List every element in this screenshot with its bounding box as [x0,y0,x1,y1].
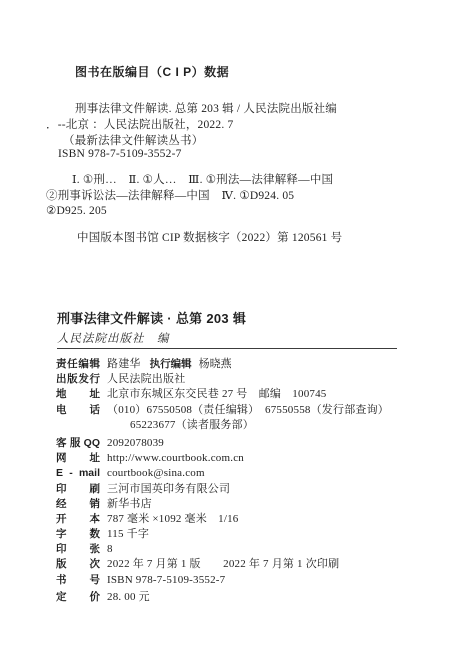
label-executive-editor: 执行编辑 [150,358,192,370]
row-word-count: 字数115 千字 [56,527,416,542]
row-address: 地址北京市东城区东交民巷 27 号 邮编 100745 [56,387,416,402]
divider-rule [57,348,397,349]
row-edition: 版次2022 年 7 月第 1 版 2022 年 7 月第 1 次印刷 [56,557,416,572]
responsible-editor-name: 路建华 [107,358,141,370]
cip-entry-line-2: ．--北京 ：人民法院出版社，2022. 7 [46,116,233,132]
label-edition: 版次 [56,557,100,572]
row-phone: 电话（010）67550508（责任编辑） 67550558（发行部查询） [56,403,416,418]
label-price: 定价 [56,590,100,605]
edition-value: 2022 年 7 月第 1 版 2022 年 7 月第 1 次印刷 [107,558,339,570]
distributor-value: 新华书店 [107,498,152,510]
phone-value-line-1: （010）67550508（责任编辑） 67550558（发行部查询） [107,404,389,416]
printed-sheets-value: 8 [107,543,113,555]
row-distributor: 经销新华书店 [56,497,416,512]
word-count-value: 115 千字 [107,528,149,540]
email-value: courtbook@sina.com [107,467,205,479]
label-isbn: 书号 [56,573,100,588]
label-website: 网址 [56,451,100,466]
label-printer: 印刷 [56,482,100,497]
cip-registration-number: 中国版本图书馆 CIP 数据核字（2022）第 120561 号 [77,229,342,245]
label-phone: 电话 [56,403,100,418]
isbn-value: ISBN 978-7-5109-3552-7 [107,574,225,586]
cip-series-line: （最新法律文件解读丛书） [63,132,203,148]
cip-classification-line-2: ②刑事诉讼法—法律解释—中国 Ⅳ. ①D924. 05 [46,187,294,203]
row-printer: 印刷三河市国英印务有限公司 [56,482,416,497]
label-email: E - mail [56,466,100,481]
website-value: http://www.courtbook.com.cn [107,452,244,464]
row-publisher: 出版发行人民法院出版社 [56,372,416,387]
label-publisher: 出版发行 [56,372,100,387]
cip-classification-line-1: Ⅰ. ①刑… Ⅱ. ①人… Ⅲ. ①刑法—法律解释—中国 [72,171,333,187]
row-price: 定价28. 00 元 [56,590,416,605]
row-format: 开本787 毫米 ×1092 毫米 1/16 [56,512,416,527]
address-value: 北京市东城区东交民巷 27 号 邮编 100745 [107,388,327,400]
book-title: 刑事法律文件解读 · 总第 203 辑 [57,308,246,327]
format-value: 787 毫米 ×1092 毫米 1/16 [107,513,239,525]
row-printed-sheets: 印张8 [56,542,416,557]
row-phone-continuation: 65223677（读者服务部） [56,418,416,433]
phone-value-line-2: 65223677（读者服务部） [107,419,254,431]
label-responsible-editor: 责任编辑 [56,357,100,372]
row-editors: 责任编辑路建华执行编辑杨晓燕 [56,357,416,372]
label-format: 开本 [56,512,100,527]
label-service-qq: 客服QQ [56,436,100,451]
colophon: 责任编辑路建华执行编辑杨晓燕 出版发行人民法院出版社 地址北京市东城区东交民巷 … [56,357,416,605]
cip-entry-line-1: 刑事法律文件解读. 总第 203 辑 / 人民法院出版社编 [75,100,337,116]
service-qq-value: 2092078039 [107,437,164,449]
printer-value: 三河市国英印务有限公司 [107,483,230,495]
label-address: 地址 [56,387,100,402]
copyright-page: 图书在版编目（C I P）数据 刑事法律文件解读. 总第 203 辑 / 人民法… [0,0,454,652]
label-word-count: 字数 [56,527,100,542]
publisher-value: 人民法院出版社 [107,373,185,385]
row-website: 网址http://www.courtbook.com.cn [56,451,416,466]
label-distributor: 经销 [56,497,100,512]
cip-classification-line-3: ②D925. 205 [46,203,107,217]
row-qq: 客服QQ2092078039 [56,436,416,451]
book-editor: 人民法院出版社 编 [57,330,170,346]
cip-isbn-line: ISBN 978-7-5109-3552-7 [58,148,182,160]
row-email: E - mailcourtbook@sina.com [56,466,416,481]
cip-heading: 图书在版编目（C I P）数据 [75,63,229,80]
price-value: 28. 00 元 [107,591,150,603]
label-printed-sheets: 印张 [56,542,100,557]
row-isbn: 书号ISBN 978-7-5109-3552-7 [56,573,416,588]
executive-editor-name: 杨晓燕 [199,358,232,370]
